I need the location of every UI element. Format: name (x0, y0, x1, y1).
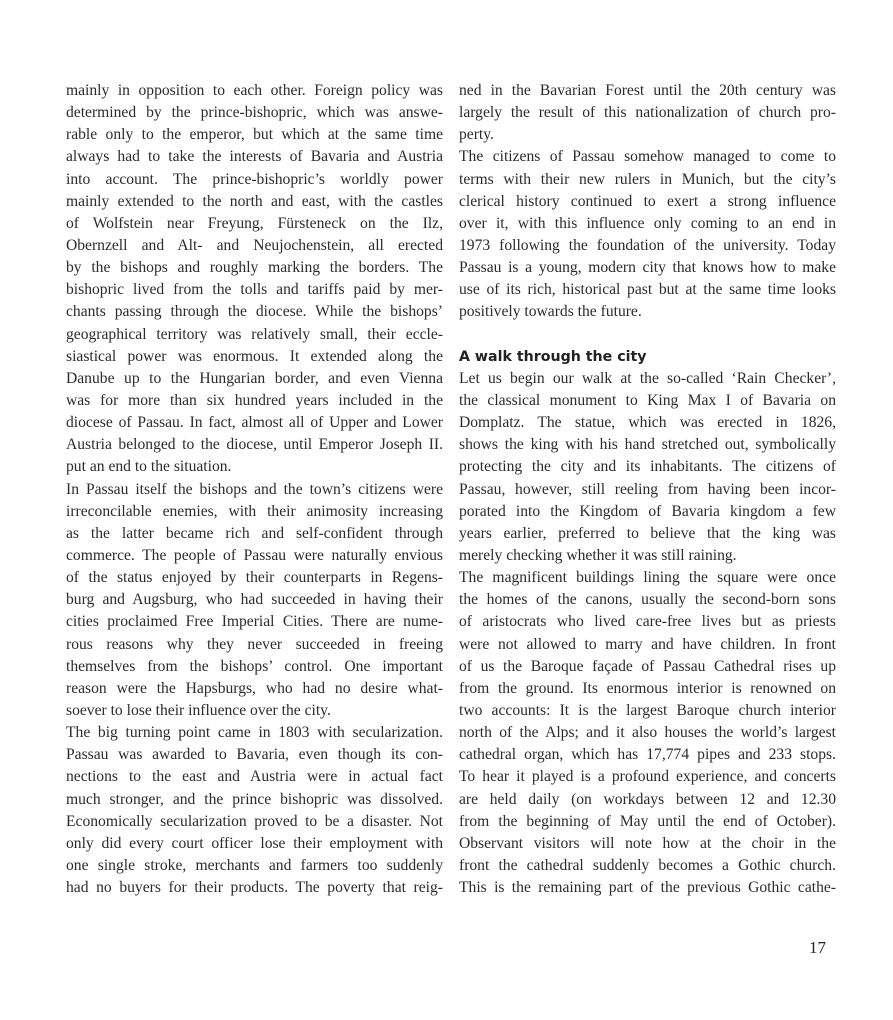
text-line: of the status enjoyed by their counterpa… (66, 567, 443, 589)
text-line: mainly in opposition to each other. Fore… (66, 80, 443, 102)
text-line: irreconcilable enemies, with their animo… (66, 501, 443, 523)
text-line: of Wolfstein near Freyung, Fürsteneck on… (66, 213, 443, 235)
text-line: geographical territory was relatively sm… (66, 324, 443, 346)
text-line: shows the king with his hand stretched o… (459, 434, 836, 456)
right-column-intro-text: ned in the Bavarian Forest until the 20t… (459, 80, 836, 324)
text-line: two accounts: It is the largest Baroque … (459, 700, 836, 722)
text-line: This is the remaining part of the previo… (459, 877, 836, 899)
text-line: Economically secularization proved to be… (66, 811, 443, 833)
text-line: one single stroke, merchants and farmers… (66, 855, 443, 877)
text-line: rous reasons why they never succeeded in… (66, 634, 443, 656)
text-line: diocese of Passau. In fact, almost all o… (66, 412, 443, 434)
text-line: rable only to the emperor, but which at … (66, 124, 443, 146)
text-line: burg and Augsburg, who had succeeded in … (66, 589, 443, 611)
book-page: mainly in opposition to each other. Fore… (0, 0, 893, 1020)
text-line: reason were the Hapsburgs, who had no de… (66, 678, 443, 700)
section-spacer (459, 324, 836, 346)
text-line: only did every court officer lose their … (66, 833, 443, 855)
text-line: soever to lose their influence over the … (66, 700, 443, 722)
text-line: determined by the prince-bishopric, whic… (66, 102, 443, 124)
text-line: merely checking whether it was still rai… (459, 545, 836, 567)
page-number: 17 (809, 938, 826, 958)
text-line: The citizens of Passau somehow managed t… (459, 146, 836, 168)
text-line: of us the Baroque façade of Passau Cathe… (459, 656, 836, 678)
text-line: bishopric lived from the tolls and tarif… (66, 279, 443, 301)
right-column-section-text: Let us begin our walk at the so-called ‘… (459, 368, 836, 899)
right-column: ned in the Bavarian Forest until the 20t… (459, 80, 836, 899)
text-line: put an end to the situation. (66, 456, 443, 478)
text-line: Let us begin our walk at the so-called ‘… (459, 368, 836, 390)
text-line: In Passau itself the bishops and the tow… (66, 479, 443, 501)
text-line: the homes of the canons, usually the sec… (459, 589, 836, 611)
text-line: years earlier, preferred to believe that… (459, 523, 836, 545)
text-line: north of the Alps; and it also houses th… (459, 722, 836, 744)
text-line: commerce. The people of Passau were natu… (66, 545, 443, 567)
text-line: into account. The prince-bishopric’s wor… (66, 169, 443, 191)
text-line: are held daily (on workdays between 12 a… (459, 789, 836, 811)
text-line: from the ground. Its enormous interior i… (459, 678, 836, 700)
text-line: To hear it played is a profound experien… (459, 766, 836, 788)
text-line: The big turning point came in 1803 with … (66, 722, 443, 744)
text-line: use of its rich, historical past but at … (459, 279, 836, 301)
text-line: ned in the Bavarian Forest until the 20t… (459, 80, 836, 102)
section-heading: A walk through the city (459, 346, 836, 368)
text-line: cathedral organ, which has 17,774 pipes … (459, 744, 836, 766)
text-line: much stronger, and the prince bishopric … (66, 789, 443, 811)
text-line: of aristocrats who lived care-free lives… (459, 611, 836, 633)
text-line: nections to the east and Austria were in… (66, 766, 443, 788)
text-line: by the bishops and roughly marking the b… (66, 257, 443, 279)
text-line: from the beginning of May until the end … (459, 811, 836, 833)
text-line: the classical monument to King Max I of … (459, 390, 836, 412)
text-line: cities proclaimed Free Imperial Cities. … (66, 611, 443, 633)
text-line: themselves from the bishops’ control. On… (66, 656, 443, 678)
text-line: Austria belonged to the diocese, until E… (66, 434, 443, 456)
text-line: 1973 following the foundation of the uni… (459, 235, 836, 257)
text-line: protecting the city and its inhabitants.… (459, 456, 836, 478)
text-line: perty. (459, 124, 836, 146)
text-line: Passau was awarded to Bavaria, even thou… (66, 744, 443, 766)
text-line: Passau, however, still reeling from havi… (459, 479, 836, 501)
text-line: always had to take the interests of Bava… (66, 146, 443, 168)
text-line: chants passing through the diocese. Whil… (66, 301, 443, 323)
text-line: positively towards the future. (459, 301, 836, 323)
text-line: over it, with this influence only coming… (459, 213, 836, 235)
text-line: front the cathedral suddenly becomes a G… (459, 855, 836, 877)
text-line: The magnificent buildings lining the squ… (459, 567, 836, 589)
text-line: Obernzell and Alt- and Neujochenstein, a… (66, 235, 443, 257)
text-line: largely the result of this nationalizati… (459, 102, 836, 124)
text-line: was for more than six hundred years incl… (66, 390, 443, 412)
left-column: mainly in opposition to each other. Fore… (66, 80, 443, 899)
text-line: terms with their new rulers in Munich, b… (459, 169, 836, 191)
text-line: as the latter became rich and self-confi… (66, 523, 443, 545)
text-line: clerical history continued to exert a st… (459, 191, 836, 213)
text-line: siastical power was enormous. It extende… (66, 346, 443, 368)
text-line: Domplatz. The statue, which was erected … (459, 412, 836, 434)
text-line: Observant visitors will note how at the … (459, 833, 836, 855)
text-line: Danube up to the Hungarian border, and e… (66, 368, 443, 390)
text-line: Passau is a young, modern city that know… (459, 257, 836, 279)
text-line: were not allowed to marry and have child… (459, 634, 836, 656)
text-line: porated into the Kingdom of Bavaria king… (459, 501, 836, 523)
text-line: mainly extended to the north and east, w… (66, 191, 443, 213)
text-line: had no buyers for their products. The po… (66, 877, 443, 899)
